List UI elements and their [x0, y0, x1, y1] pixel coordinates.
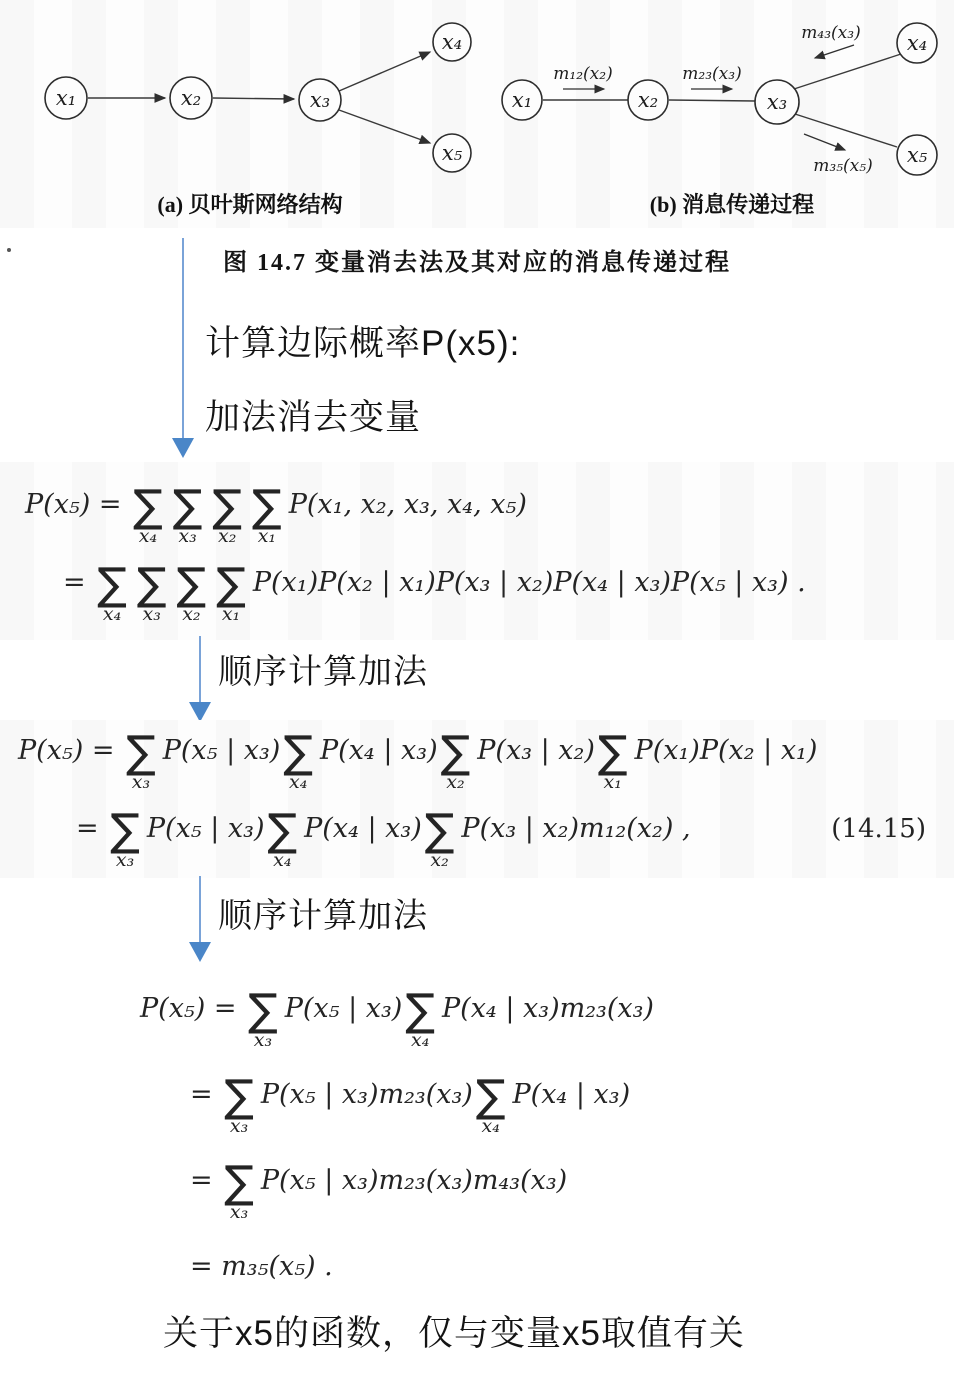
math-text: = [190, 1078, 221, 1112]
step-text-sequential-sum-2: 顺序计算加法 [218, 888, 428, 937]
down-arrow-2-head [189, 702, 211, 722]
math-text: P(x₅) = [140, 992, 245, 1026]
slide-page: x₁ x₂ x₃ x₄ x₅ (a) 贝叶斯网络结构 [0, 0, 954, 1377]
equation-block-3: P(x₅) = ∑x₃P(x₅ | x₃)∑x₄P(x₄ | x₃)m₂₃(x₃… [0, 968, 954, 1298]
node-b-x3-label: x₃ [767, 90, 787, 114]
equation-line: = ∑x₃P(x₅ | x₃)m₂₃(x₃)∑x₄P(x₄ | x₃) [0, 1072, 954, 1118]
math-text: P(x₄ | x₃) [304, 812, 422, 846]
figure-14-7: x₁ x₂ x₃ x₄ x₅ (a) 贝叶斯网络结构 [0, 0, 954, 228]
math-text: P(x₄ | x₃) [320, 734, 438, 768]
math-text: = [190, 1164, 221, 1198]
summation-symbol: ∑x₁ [252, 488, 282, 546]
message-label-m35: m₃₅(x₅) [813, 156, 872, 176]
edge-x3-x4 [339, 52, 430, 91]
edge-x3-x5 [339, 110, 430, 143]
math-text: P(x₅ | x₃) [163, 734, 281, 768]
node-b-x5-label: x₅ [907, 143, 928, 167]
edge-x2-x3 [213, 98, 294, 99]
edge-b-x3-x4 [794, 54, 901, 89]
node-a-x1-label: x₁ [56, 86, 76, 110]
summation-symbol: ∑x₃ [224, 1078, 254, 1136]
summation-symbol: ∑x₃ [173, 488, 203, 546]
summation-symbol: ∑x₂ [212, 488, 242, 546]
node-a-x3-label: x₃ [310, 88, 330, 112]
node-a-x2: x₂ [170, 77, 212, 119]
message-arrow-m35 [804, 134, 845, 150]
figure-caption: 图 14.7 变量消去法及其对应的消息传递过程 [0, 242, 954, 277]
diagram-a-bayes-network: x₁ x₂ x₃ x₄ x₅ (a) 贝叶斯网络结构 [45, 23, 471, 217]
equation-line: = m₃₅(x₅) . [0, 1244, 954, 1290]
math-text: P(x₅ | x₃)m₂₃(x₃)m₄₃(x₃) [261, 1164, 567, 1198]
down-arrow-2-stem [199, 636, 201, 702]
summation-symbol: ∑x₄ [283, 734, 313, 792]
diagram-a-caption: (a) 贝叶斯网络结构 [157, 192, 342, 217]
message-label-m23: m₂₃(x₃) [682, 64, 741, 84]
node-b-x2: x₂ [628, 80, 668, 120]
math-text: P(x₄ | x₃)m₂₃(x₃) [442, 992, 654, 1026]
node-a-x1: x₁ [45, 77, 87, 119]
equation-line: = ∑x₃P(x₅ | x₃)m₂₃(x₃)m₄₃(x₃) [0, 1158, 954, 1204]
summation-symbol: ∑x₃ [126, 734, 156, 792]
summation-symbol: ∑x₁ [598, 734, 628, 792]
summation-symbol: ∑x₃ [248, 992, 278, 1050]
edge-b-x3-x5 [795, 114, 897, 147]
math-text: P(x₅) = [25, 488, 130, 522]
node-a-x5: x₅ [433, 134, 471, 172]
summation-symbol: ∑x₄ [476, 1078, 506, 1136]
summation-symbol: ∑x₃ [224, 1164, 254, 1222]
summation-symbol: ∑x₃ [137, 566, 167, 624]
diagram-b-caption: (b) 消息传递过程 [650, 192, 814, 217]
summation-symbol: ∑x₄ [133, 488, 163, 546]
math-text: P(x₅ | x₃)m₂₃(x₃) [261, 1078, 473, 1112]
node-b-x1: x₁ [502, 80, 542, 120]
node-b-x4-label: x₄ [907, 31, 927, 55]
summation-symbol: ∑x₄ [405, 992, 435, 1050]
math-text: P(x₅) = [18, 734, 123, 768]
node-b-x5: x₅ [897, 135, 937, 175]
node-b-x4: x₄ [897, 23, 937, 63]
message-label-m43: m₄₃(x₃) [801, 23, 860, 43]
down-arrow-1-head [172, 438, 194, 458]
equation-line: = ∑x₄∑x₃∑x₂∑x₁P(x₁)P(x₂ | x₁)P(x₃ | x₂)P… [0, 560, 954, 606]
step-text-sum-eliminate: 加法消去变量 [205, 390, 421, 440]
node-a-x4: x₄ [433, 23, 471, 61]
node-b-x1-label: x₁ [512, 88, 532, 112]
conclusion-text: 关于x5的函数，仅与变量x5取值有关 [163, 1306, 745, 1356]
summation-symbol: ∑x₂ [425, 812, 455, 870]
equation-number: (14.15) [831, 814, 926, 844]
down-arrow-3-head [189, 942, 211, 962]
equation-line: P(x₅) = ∑x₃P(x₅ | x₃)∑x₄P(x₄ | x₃)m₂₃(x₃… [0, 986, 954, 1032]
equation-line: = ∑x₃P(x₅ | x₃)∑x₄P(x₄ | x₃)∑x₂P(x₃ | x₂… [0, 806, 954, 852]
summation-symbol: ∑x₃ [110, 812, 140, 870]
equation-block-2: P(x₅) = ∑x₃P(x₅ | x₃)∑x₄P(x₄ | x₃)∑x₂P(x… [0, 720, 954, 878]
down-arrow-1-stem [182, 238, 184, 438]
math-text: P(x₁)P(x₂ | x₁) [635, 734, 818, 768]
math-text: P(x₁, x₂, x₃, x₄, x₅) [289, 488, 527, 522]
equation-line: P(x₅) = ∑x₃P(x₅ | x₃)∑x₄P(x₄ | x₃)∑x₂P(x… [0, 728, 954, 774]
equation-block-1: P(x₅) = ∑x₄∑x₃∑x₂∑x₁P(x₁, x₂, x₃, x₄, x₅… [0, 462, 954, 640]
summation-symbol: ∑x₄ [267, 812, 297, 870]
math-text: P(x₁)P(x₂ | x₁)P(x₃ | x₂)P(x₄ | x₃)P(x₅ … [253, 566, 806, 600]
step-text-marginal-probability: 计算边际概率P(x5): [205, 316, 520, 366]
summation-symbol: ∑x₂ [441, 734, 471, 792]
edge-b-x2-x3 [669, 100, 755, 101]
math-text: P(x₃ | x₂)m₁₂(x₂) , [461, 812, 690, 846]
math-text: = [76, 812, 107, 846]
node-b-x3: x₃ [755, 80, 799, 124]
down-arrow-3-stem [199, 876, 201, 942]
node-a-x3: x₃ [299, 79, 341, 121]
equation-line: P(x₅) = ∑x₄∑x₃∑x₂∑x₁P(x₁, x₂, x₃, x₄, x₅… [0, 482, 954, 528]
math-text: P(x₅ | x₃) [285, 992, 403, 1026]
node-a-x2-label: x₂ [181, 86, 201, 110]
node-b-x2-label: x₂ [638, 88, 658, 112]
step-text-sequential-sum-1: 顺序计算加法 [218, 644, 428, 693]
math-text: P(x₅ | x₃) [147, 812, 265, 846]
math-text: = m₃₅(x₅) . [190, 1250, 333, 1284]
summation-symbol: ∑x₂ [177, 566, 207, 624]
summation-symbol: ∑x₄ [97, 566, 127, 624]
math-text: = [63, 566, 94, 600]
diagram-b-message-passing: m₁₂(x₂) m₂₃(x₃) m₄₃(x₃) m₃₅(x₅) x₁ x₂ x₃… [502, 23, 937, 217]
math-text: P(x₄ | x₃) [513, 1078, 631, 1112]
node-a-x4-label: x₄ [442, 30, 462, 54]
message-label-m12: m₁₂(x₂) [553, 64, 612, 84]
summation-symbol: ∑x₁ [216, 566, 246, 624]
node-a-x5-label: x₅ [442, 141, 463, 165]
math-text: P(x₃ | x₂) [477, 734, 595, 768]
message-arrow-m43 [815, 45, 854, 58]
